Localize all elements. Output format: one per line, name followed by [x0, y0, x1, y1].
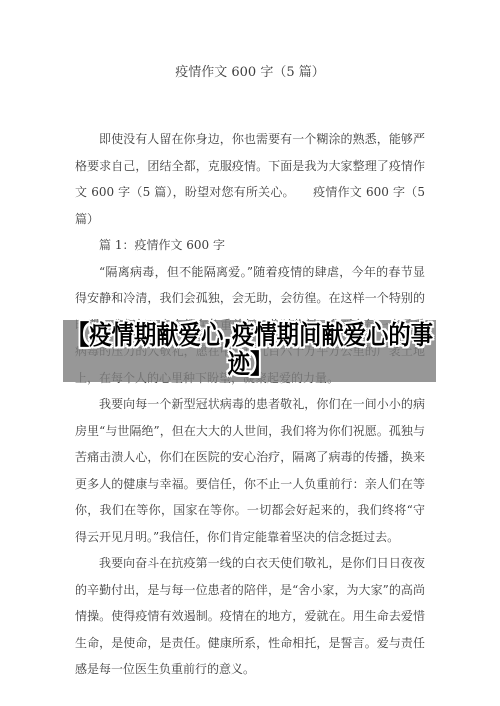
watermark-overlay-band: 【疫情期献爱心,疫情期间献爱心的事迹】	[63, 320, 436, 382]
document-body: 即使没有人留在你身边，你也需要有一个糊涂的熟悉，能够严格要求自己，团结全都，克服…	[75, 126, 425, 683]
document-title: 疫情作文 600 字（5 篇）	[0, 0, 500, 82]
paragraph: 即使没有人留在你身边，你也需要有一个糊涂的熟悉，能够严格要求自己，团结全都，克服…	[75, 126, 425, 232]
paragraph: 我要向每一个新型冠状病毒的患者敬礼，你们在一间小小的病房里“与世隔绝”，但在大大…	[75, 391, 425, 550]
document-page: 疫情作文 600 字（5 篇） 即使没有人留在你身边，你也需要有一个糊涂的熟悉，…	[0, 0, 500, 706]
paragraph: 我要向奋斗在抗疫第一线的白衣天使们敬礼，是你们日日夜夜的辛勤付出，是与每一位患者…	[75, 550, 425, 683]
paragraph: 篇 1：疫情作文 600 字	[75, 232, 425, 259]
watermark-text: 【疫情期献爱心,疫情期间献爱心的事迹】	[65, 322, 435, 380]
